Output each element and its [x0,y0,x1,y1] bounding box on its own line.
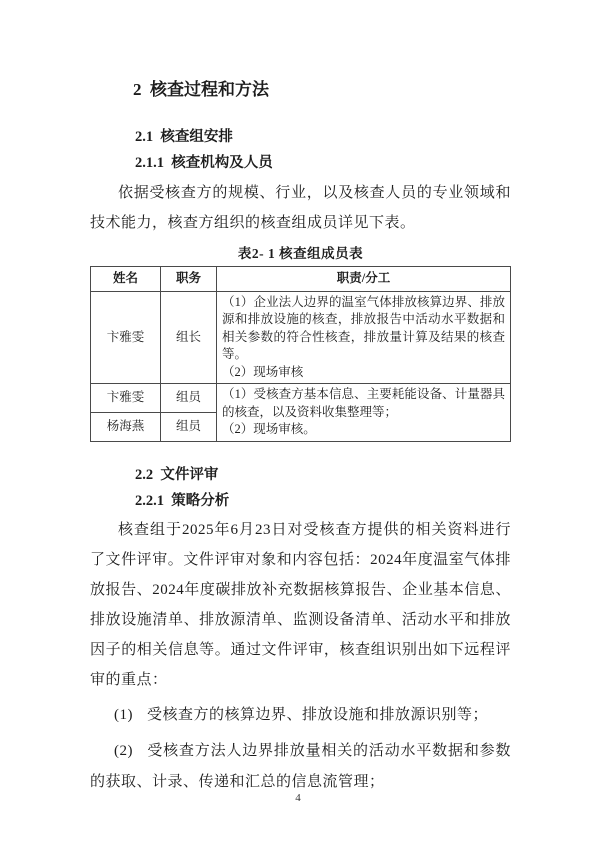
table-row: 卞雅雯 组长 （1）企业法人边界的温室气体排放核算边界、排放源和排放设施的核查，… [91,291,511,384]
list-marker: (2) [114,743,147,759]
table-header-row: 姓名 职务 职责/分工 [91,267,511,292]
member-role: 组长 [161,291,217,384]
member-role: 组员 [161,384,217,413]
member-name: 卞雅雯 [91,291,161,384]
subsection-heading-2-1: 2.1 核查组安排 [135,128,511,146]
intro-paragraph: 依据受核查方的规模、行业，以及核查人员的专业领域和技术能力，核查方组织的核查组成… [90,178,511,238]
col-header-duty: 职责/分工 [217,267,511,292]
list-text: 受核查方的核算边界、排放设施和排放源识别等； [147,707,488,723]
review-paragraph: 核查组于2025年6月23日对受核查方提供的相关资料进行了文件评审。文件评审对象… [90,515,511,695]
document-content: 2 核查过程和方法 2.1 核查组安排 2.1.1 核查机构及人员 依据受核查方… [90,0,511,798]
member-duty: （1）企业法人边界的温室气体排放核算边界、排放源和排放设施的核查，排放报告中活动… [217,291,511,384]
list-marker: (1) [114,707,147,723]
list-item-1: (1)受核查方的核算边界、排放设施和排放源识别等； [90,700,511,731]
subsection-heading-2-1-1: 2.1.1 核查机构及人员 [135,154,511,172]
member-duty: （1）受核查方基本信息、主要耗能设备、计量器具的核查，以及资料收集整理等； （2… [217,384,511,442]
col-header-name: 姓名 [91,267,161,292]
section-heading-2: 2 核查过程和方法 [133,80,511,100]
subsection-heading-2-2-1: 2.2.1 策略分析 [135,492,511,510]
member-name: 杨海燕 [91,412,161,441]
document-page: 2 核查过程和方法 2.1 核查组安排 2.1.1 核查机构及人员 依据受核查方… [0,0,596,842]
subsection-heading-2-2: 2.2 文件评审 [135,466,511,484]
list-item-2: (2)受核查方法人边界排放量相关的活动水平数据和参数的获取、计录、传递和汇总的信… [90,736,511,798]
member-role: 组员 [161,412,217,441]
col-header-role: 职务 [161,267,217,292]
list-text: 受核查方法人边界排放量相关的活动水平数据和参数的获取、计录、传递和汇总的信息流管… [90,743,511,790]
table-row: 卞雅雯 组员 （1）受核查方基本信息、主要耗能设备、计量器具的核查，以及资料收集… [91,384,511,413]
verification-team-table: 姓名 职务 职责/分工 卞雅雯 组长 （1）企业法人边界的温室气体排放核算边界、… [90,266,511,442]
page-number: 4 [0,792,596,804]
member-name: 卞雅雯 [91,384,161,413]
table-title: 表2- 1 核查组成员表 [90,246,511,262]
